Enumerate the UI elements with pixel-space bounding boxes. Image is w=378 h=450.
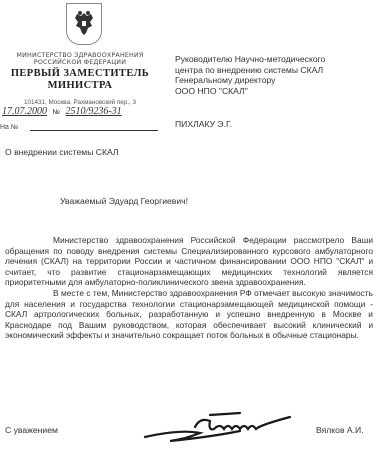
addressee-line-3: Генеральному директору	[175, 75, 375, 86]
ministry-name: МИНИСТЕРСТВО ЗДРАВООХРАНЕНИЯ РОССИЙСКОЙ …	[0, 52, 160, 66]
addressee-name: ПИХЛАКУ Э.Г.	[175, 119, 232, 129]
position-title: ПЕРВЫЙ ЗАМЕСТИТЕЛЬ МИНИСТРА	[0, 68, 160, 92]
closing: С уважением	[5, 425, 58, 435]
addressee-line-1: Руководителю Научно-методического	[175, 54, 375, 65]
signer-name: Вялков А.И.	[316, 425, 364, 435]
addressee-block: Руководителю Научно-методического центра…	[175, 54, 375, 96]
signature-icon	[140, 407, 310, 447]
handwritten-number: 2510/9236-31	[66, 106, 122, 117]
ministry-address: 101431, Москва, Рахмановский пер., 3	[0, 99, 160, 106]
number-sign: №	[53, 109, 61, 116]
letter-subject: О внедрении системы СКАЛ	[5, 147, 119, 157]
body-paragraph-1: Министерство здравоохранения Российской …	[5, 235, 373, 288]
reference-label: На №	[0, 124, 18, 131]
position-line-2: МИНИСТРА	[0, 80, 160, 92]
salutation: Уважаемый Эдуард Георгиевич!	[60, 196, 188, 206]
date-number-line: 17.07.2000 № 2510/9236-31	[2, 106, 162, 120]
coat-of-arms-icon	[66, 3, 102, 45]
position-line-1: ПЕРВЫЙ ЗАМЕСТИТЕЛЬ	[0, 68, 160, 80]
ministry-line-1: МИНИСТЕРСТВО ЗДРАВООХРАНЕНИЯ	[0, 52, 160, 59]
letter-body: Министерство здравоохранения Российской …	[5, 235, 373, 341]
ministry-line-2: РОССИЙСКОЙ ФЕДЕРАЦИИ	[0, 59, 160, 66]
addressee-line-2: центра по внедрению системы СКАЛ	[175, 65, 375, 76]
body-paragraph-2: В месте с тем, Министерство здравоохране…	[5, 288, 373, 341]
addressee-line-4: ООО НПО "СКАЛ"	[175, 86, 375, 97]
handwritten-date: 17.07.2000	[2, 106, 47, 117]
reference-blank-line	[30, 130, 158, 131]
reference-line: На №	[0, 124, 160, 131]
